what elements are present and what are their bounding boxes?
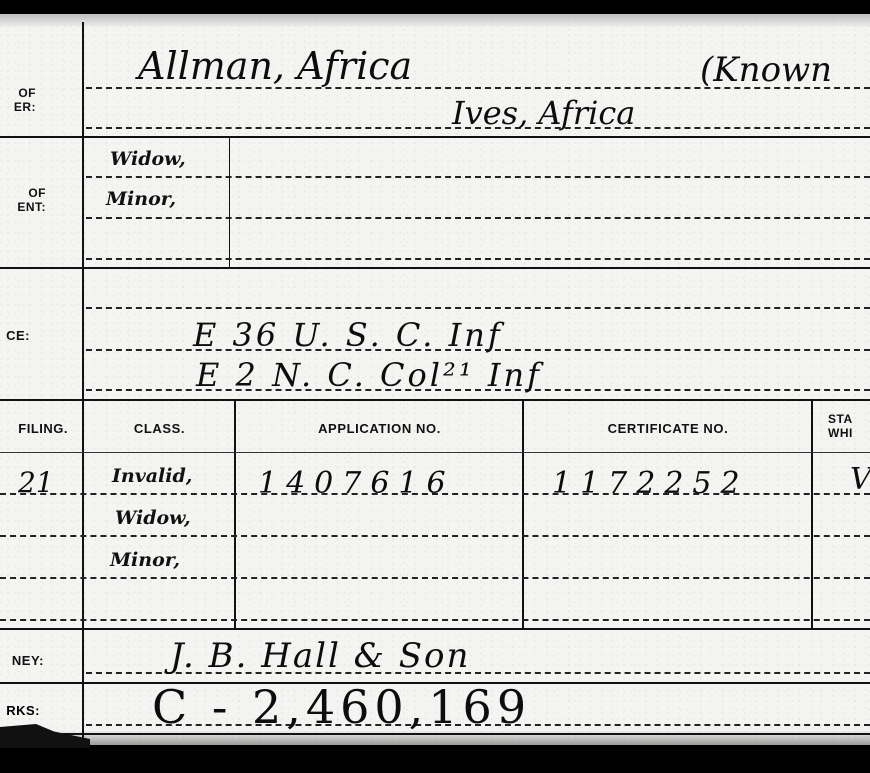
section-divider — [0, 136, 870, 138]
dependent-line-3 — [86, 258, 870, 260]
filing-date-value: 21 — [18, 466, 54, 499]
table-header-divider — [0, 452, 870, 453]
column-divider — [234, 401, 236, 628]
column-divider — [811, 401, 813, 628]
column-header-state: STA WHI — [828, 412, 853, 440]
label-line: OF — [0, 86, 36, 100]
table-row-line — [0, 535, 870, 537]
table-row-line — [0, 619, 870, 621]
dependent-inner-divider — [229, 138, 230, 268]
service-unit-1: E 36 U. S. C. Inf — [193, 316, 503, 354]
header-line: STA — [828, 412, 853, 426]
certificate-number: 1172252 — [552, 466, 749, 501]
label-column-divider — [82, 22, 84, 747]
class-invalid: Invalid, — [112, 465, 192, 487]
soldier-alias-name: Ives, Africa — [452, 94, 635, 132]
attorney-name: J. B. Hall & Son — [170, 636, 470, 676]
column-header-application-no: APPLICATION NO. — [236, 421, 523, 436]
column-divider — [522, 401, 524, 628]
label-line: ER: — [0, 100, 36, 114]
dependent-class-widow: Widow, — [110, 148, 186, 170]
label-line: OF — [0, 186, 46, 200]
dependent-class-minor: Minor, — [106, 188, 176, 210]
section-divider — [0, 399, 870, 401]
section-divider — [0, 628, 870, 630]
label-date-of-filing: FILING. — [0, 421, 68, 436]
header-line: WHI — [828, 426, 853, 440]
scan-edge-top — [0, 14, 870, 28]
label-name-of-soldier: OF ER: — [0, 86, 36, 114]
label-attorney: NEY: — [0, 653, 44, 668]
table-row-line — [0, 577, 870, 579]
service-line-1 — [86, 307, 870, 309]
class-widow: Widow, — [115, 507, 191, 529]
column-header-certificate-no: CERTIFICATE NO. — [524, 421, 812, 436]
class-minor: Minor, — [110, 549, 180, 571]
soldier-alias-note: (Known — [700, 50, 832, 90]
application-number: 1407616 — [258, 466, 455, 501]
column-header-class: CLASS. — [84, 421, 235, 436]
state-value: V — [850, 462, 870, 497]
label-name-of-dependent: OF ENT: — [0, 186, 46, 214]
label-service: CE: — [0, 328, 30, 343]
dependent-line-2 — [86, 217, 870, 219]
dependent-line-1 — [86, 176, 870, 178]
label-remarks: RKS: — [0, 703, 40, 718]
section-divider — [0, 267, 870, 269]
service-unit-2: E 2 N. C. Col²¹ Inf — [196, 356, 542, 394]
file-number: C - 2,460,169 — [152, 680, 531, 734]
soldier-name: Allman, Africa — [138, 44, 412, 88]
label-line: ENT: — [0, 200, 46, 214]
